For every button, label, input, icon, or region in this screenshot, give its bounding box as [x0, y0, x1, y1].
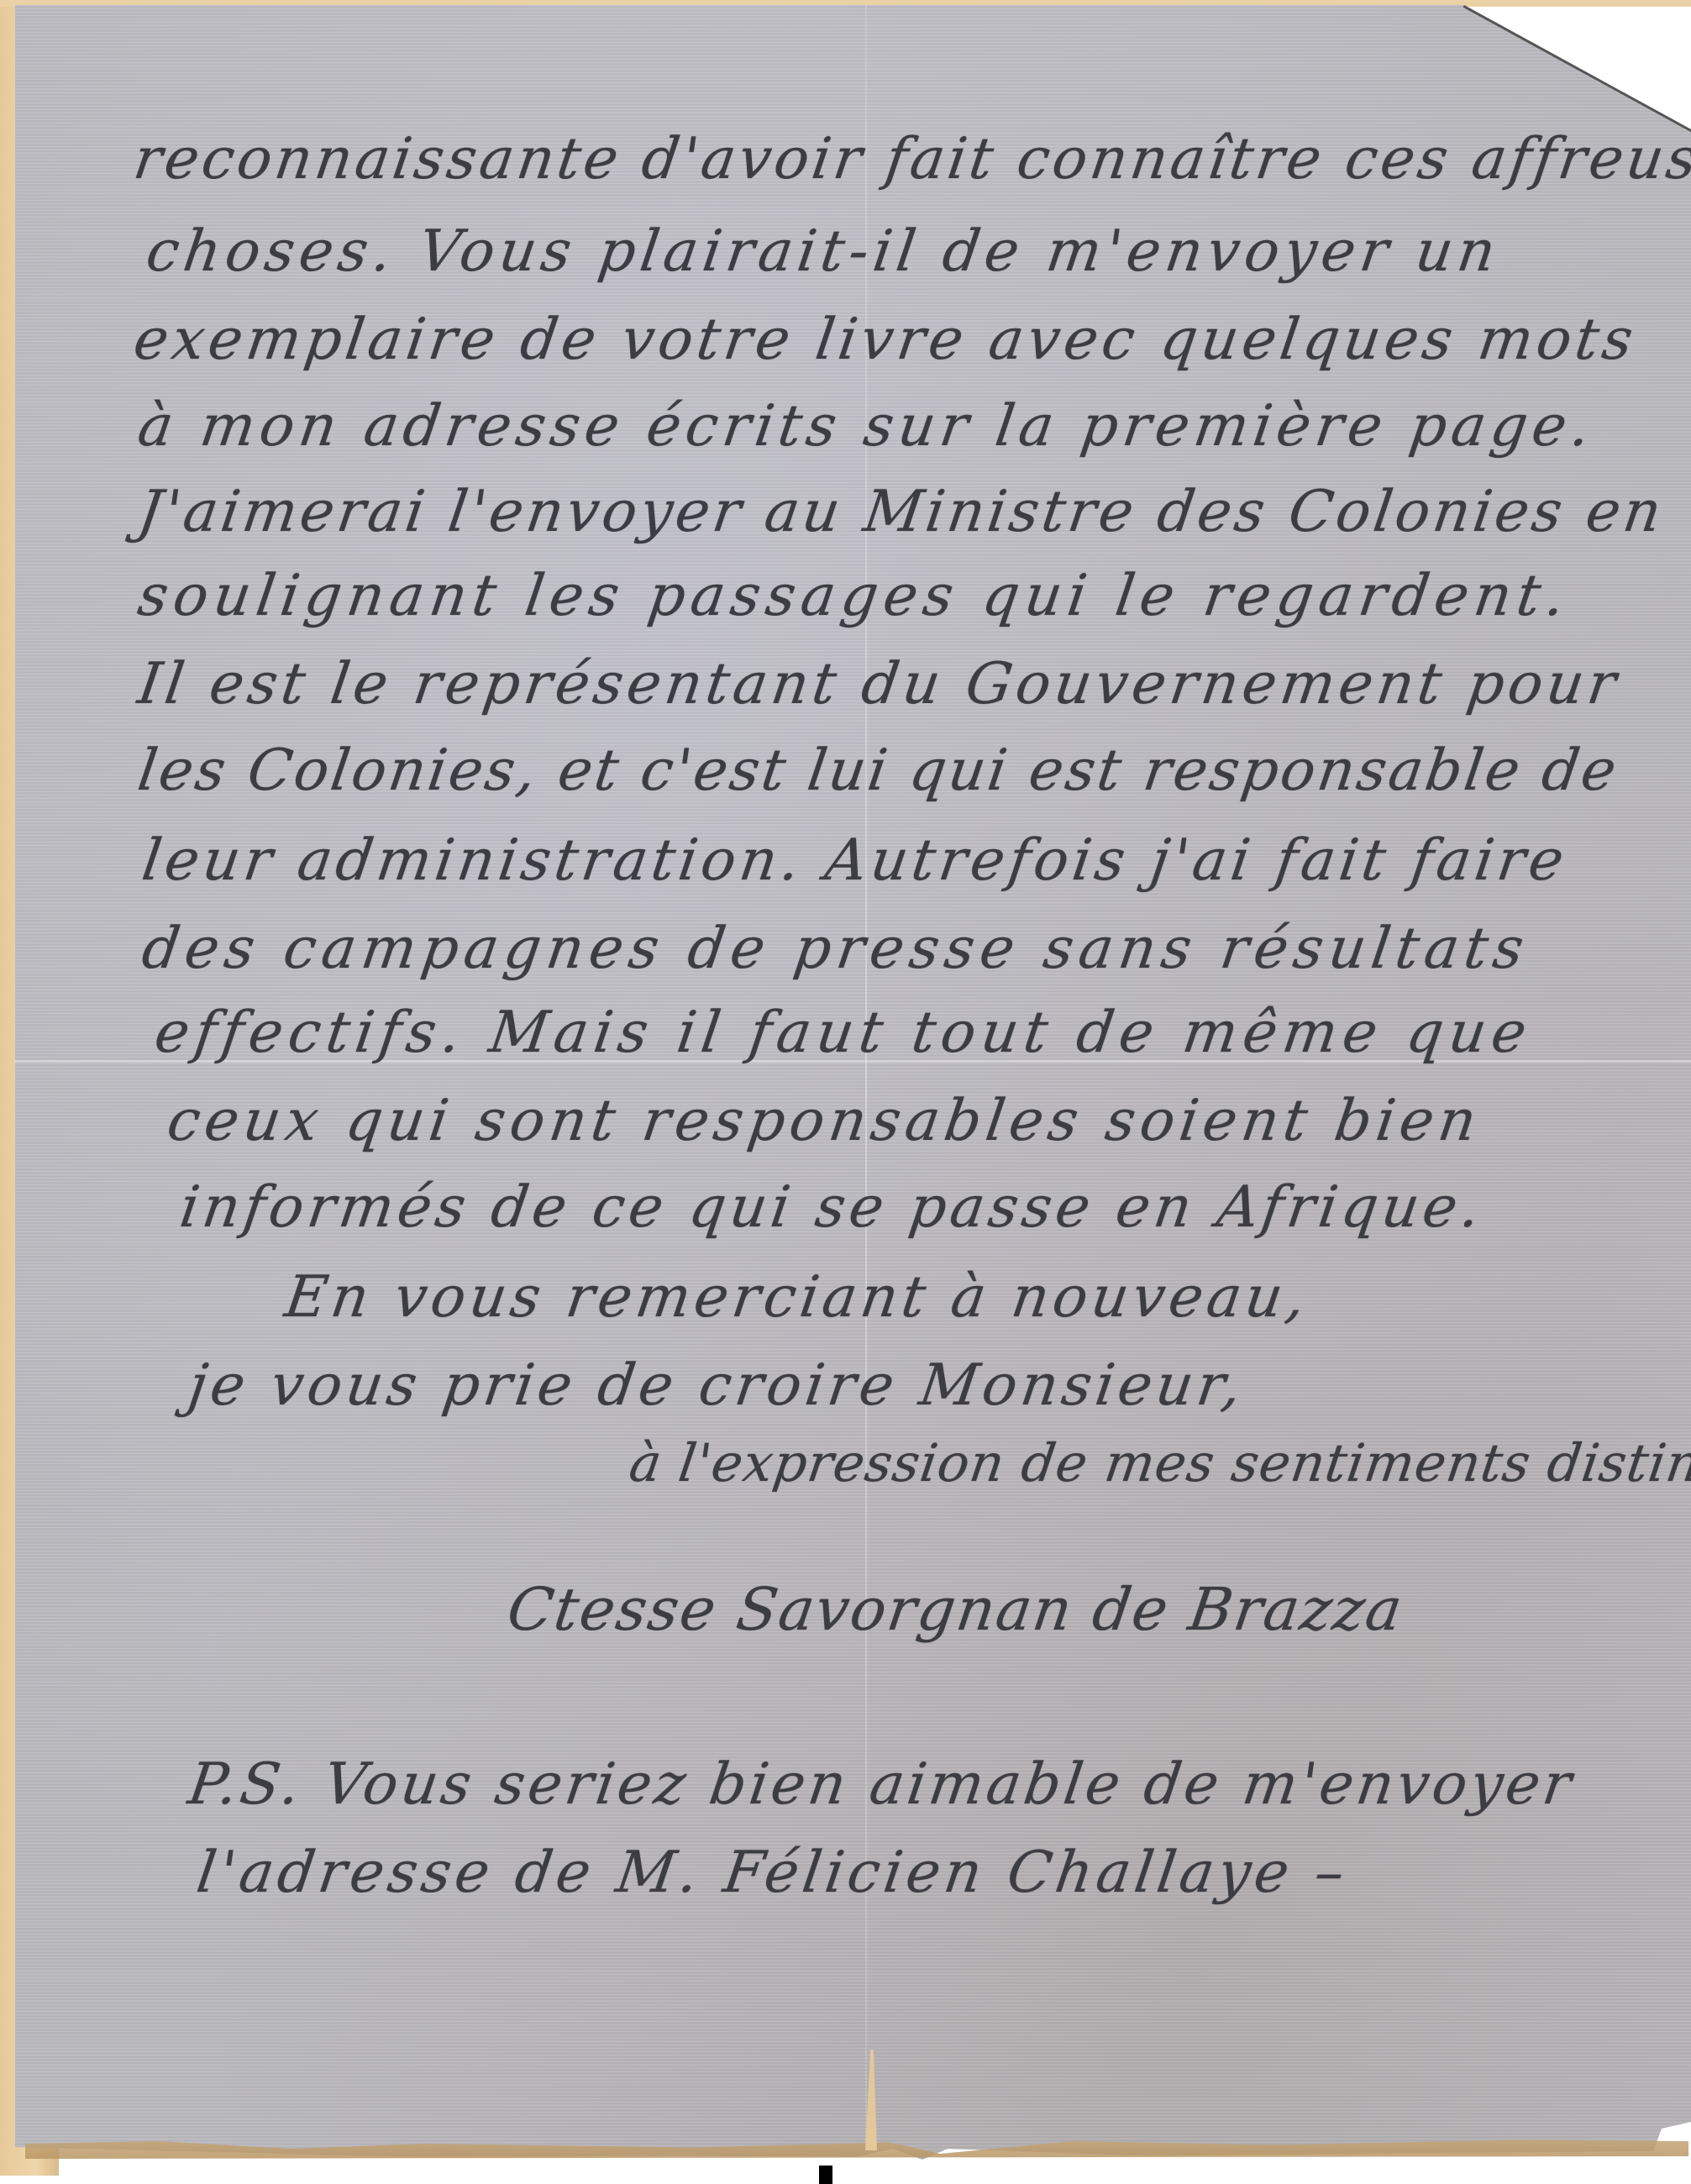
postscript-line: l'adresse de M. Félicien Challaye –	[192, 1840, 1352, 1906]
closing-line: je vous prie de croire Monsieur,	[184, 1352, 1249, 1419]
body-line: soulignant les passages qui le regardent…	[134, 563, 1574, 629]
closing-line: En vous remerciant à nouveau,	[281, 1264, 1313, 1331]
body-line: les Colonies, et c'est lui qui est respo…	[134, 738, 1622, 804]
body-line: ceux qui sont responsables soient bien	[163, 1088, 1485, 1154]
body-line: effectifs. Mais il faut tout de même que	[150, 1000, 1536, 1066]
body-line: exemplaire de votre livre avec quelques …	[129, 307, 1641, 373]
body-line: informés de ce qui se passe en Afrique.	[176, 1174, 1488, 1241]
body-line: J'aimerai l'envoyer au Ministre des Colo…	[134, 479, 1668, 545]
body-line: Il est le représentant du Gouvernement p…	[134, 651, 1624, 717]
postscript-line: P.S. Vous seriez bien aimable de m'envoy…	[184, 1751, 1578, 1818]
letter-text: reconnaissante d'avoir fait connaître ce…	[0, 0, 1691, 2184]
closing-line: à l'expression de mes sentiments disting…	[626, 1432, 1691, 1494]
body-line: leur administration. Autrefois j'ai fait…	[138, 827, 1572, 894]
body-line: à mon adresse écrits sur la première pag…	[134, 393, 1599, 459]
body-line: reconnaissante d'avoir fait connaître ce…	[129, 126, 1691, 192]
body-line: choses. Vous plairait-il de m'envoyer un	[142, 218, 1504, 285]
body-line: des campagnes de presse sans résultats	[138, 916, 1533, 982]
signature: Ctesse Savorgnan de Brazza	[503, 1575, 1408, 1644]
